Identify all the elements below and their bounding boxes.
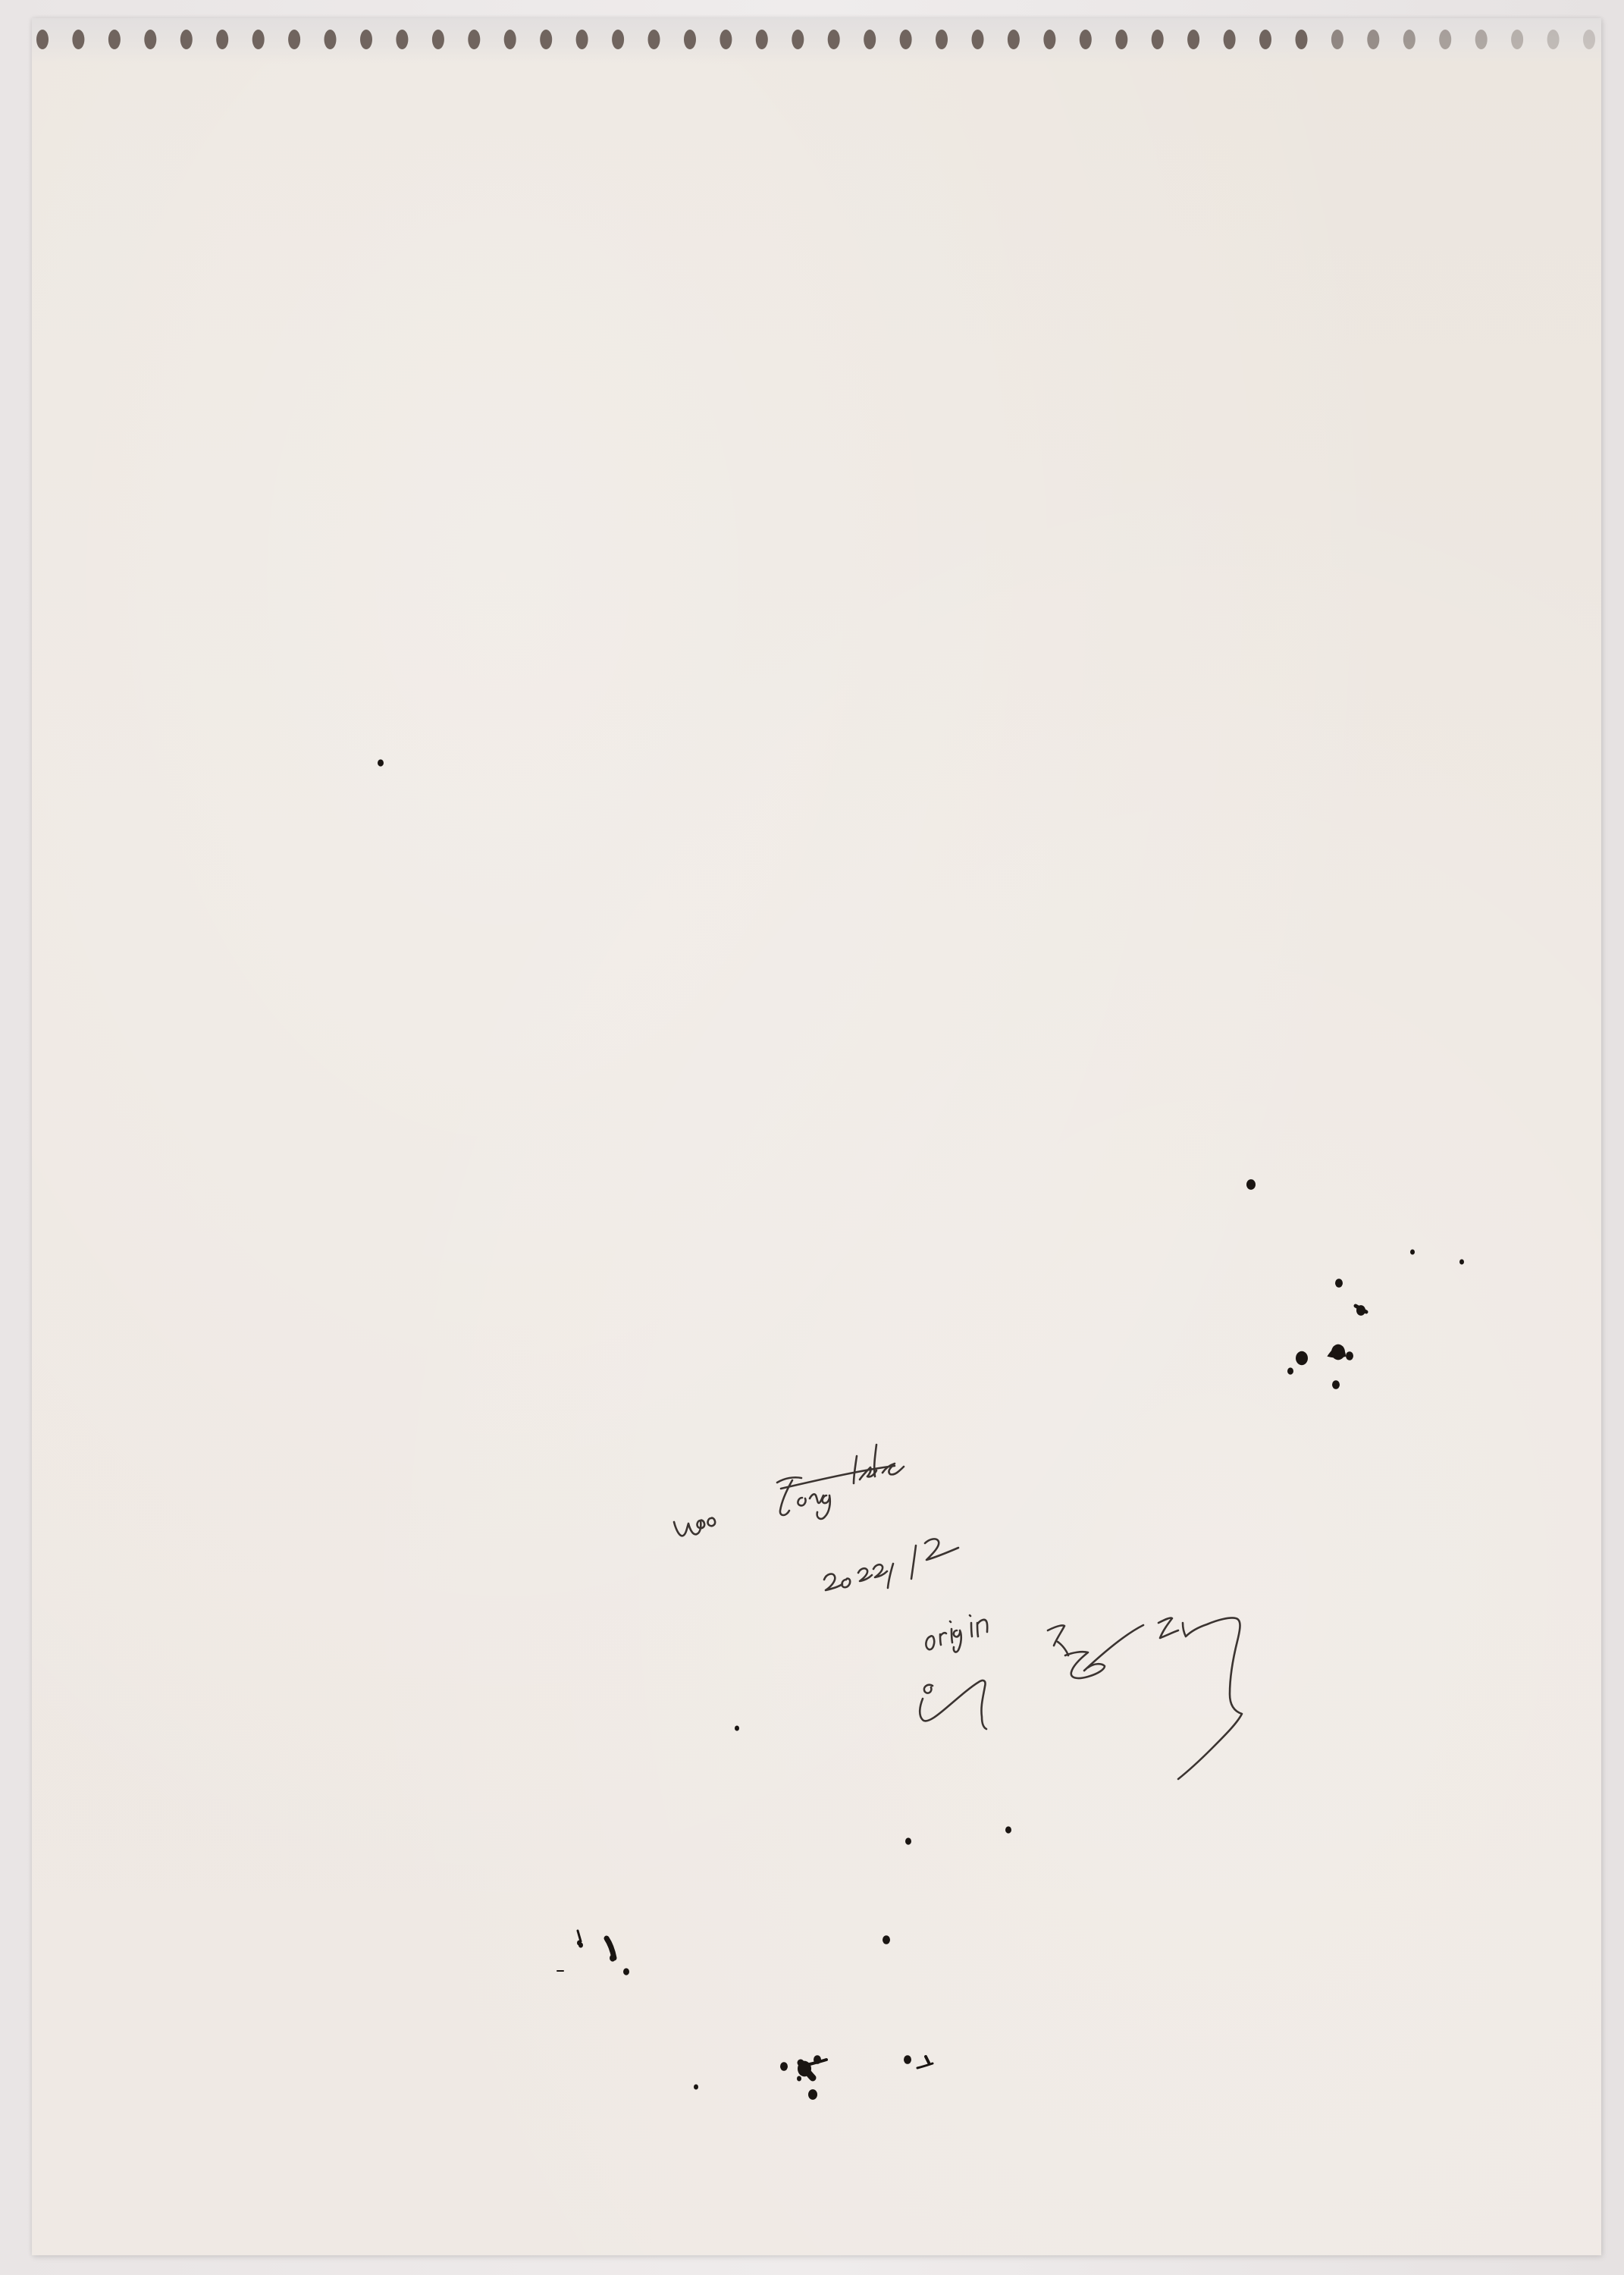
ink-splatter — [904, 2055, 911, 2064]
signature-teck — [1158, 1618, 1242, 1779]
ink-splatter — [1005, 1826, 1011, 1833]
ink-splatter — [1287, 1367, 1293, 1374]
handwriting-origin — [926, 1615, 987, 1652]
signature-jong — [1048, 1625, 1143, 1678]
ink-splatter — [883, 1935, 890, 1944]
handwriting-woo — [674, 1518, 715, 1536]
inscription — [674, 1445, 1242, 1779]
ink-splatter — [378, 759, 384, 766]
ink-splatter — [1459, 1260, 1464, 1265]
ink-splatter — [623, 1968, 629, 1975]
ink-splatter — [797, 2076, 801, 2082]
ink-splatter — [1296, 1351, 1308, 1365]
ink-splatter — [1346, 1351, 1353, 1360]
ink-layer — [0, 0, 1624, 2275]
signature-woo — [920, 1680, 986, 1729]
handwriting-jong-teck — [777, 1445, 904, 1519]
ink-splatter — [1335, 1279, 1343, 1288]
ink-splatter — [905, 1837, 911, 1844]
ink-splatter — [1246, 1179, 1256, 1190]
ink-splatter — [1410, 1250, 1415, 1255]
ink-splatter — [780, 2062, 788, 2071]
ink-splatter — [1332, 1380, 1340, 1389]
ink-splatter — [694, 2085, 698, 2090]
ink-splatter — [808, 2089, 817, 2100]
ink-splatter-streaks — [557, 1306, 1366, 2078]
ink-splatter — [735, 1726, 739, 1731]
ink-splatters — [378, 759, 1464, 2100]
handwriting-date — [824, 1539, 958, 1590]
